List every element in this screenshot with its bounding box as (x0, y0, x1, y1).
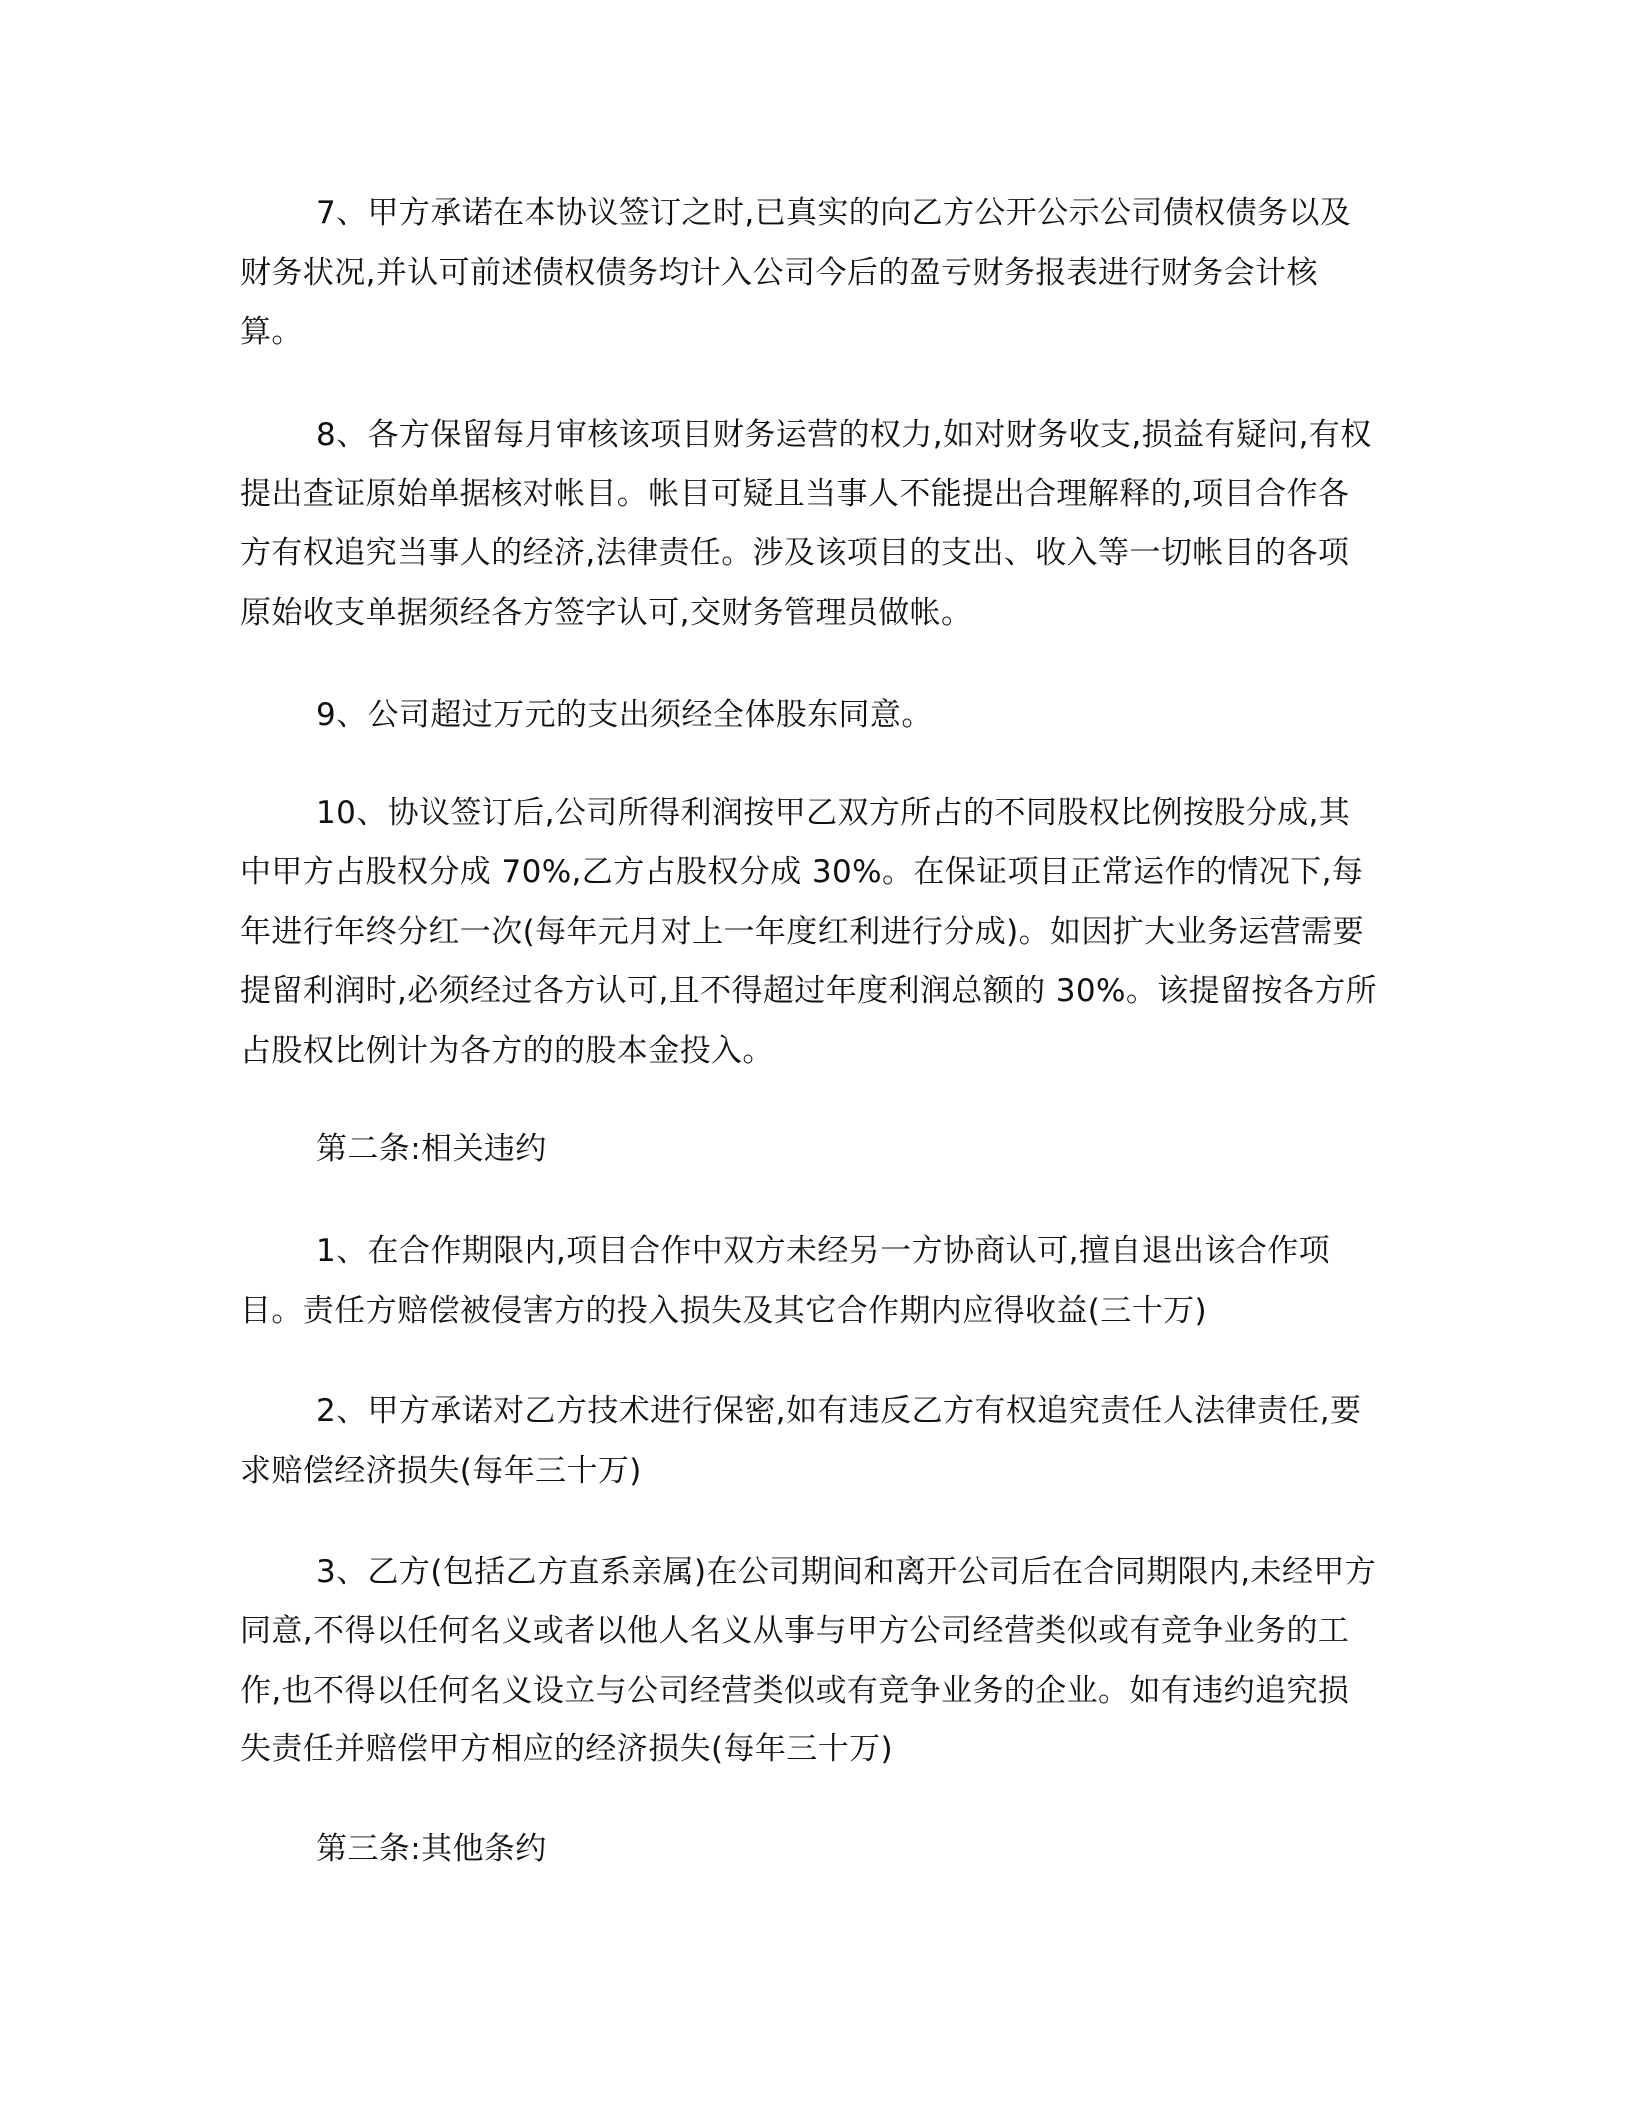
text-line: 3、乙方(包括乙方直系亲属)在公司期间和离开公司后在合同期限内,未经甲方 (316, 1552, 1376, 1592)
text-line: 8、各方保留每月审核该项目财务运营的权力,如对财务收支,损益有疑问,有权 (316, 415, 1372, 455)
document-page: 7、甲方承诺在本协议签订之时,已真实的向乙方公开公示公司债权债务以及 财务状况,… (0, 0, 1632, 2112)
text-line: 方有权追究当事人的经济,法律责任。涉及该项目的支出、收入等一切帐目的各项 (240, 533, 1349, 573)
text-line: 年进行年终分红一次(每年元月对上一年度红利进行分成)。如因扩大业务运营需要 (240, 912, 1364, 952)
text-line: 2、甲方承诺对乙方技术进行保密,如有违反乙方有权追究责任人法律责任,要 (316, 1391, 1361, 1431)
text-line: 失责任并赔偿甲方相应的经济损失(每年三十万) (240, 1729, 893, 1769)
text-line: 作,也不得以任何名义设立与公司经营类似或有竞争业务的企业。如有违约追究损 (240, 1671, 1349, 1711)
text-line: 中甲方占股权分成 70%,乙方占股权分成 30%。在保证项目正常运作的情况下,每 (240, 852, 1363, 892)
text-line: 财务状况,并认可前述债权债务均计入公司今后的盈亏财务报表进行财务会计核 (240, 253, 1318, 293)
text-line: 提留利润时,必须经过各方认可,且不得超过年度利润总额的 30%。该提留按各方所 (240, 971, 1377, 1011)
text-line: 占股权比例计为各方的的股本金投入。 (240, 1031, 774, 1071)
heading-text: 第二条:相关违约 (316, 1129, 547, 1169)
text-line: 求赔偿经济损失(每年三十万) (240, 1451, 642, 1491)
text-line: 同意,不得以任何名义或者以他人名义从事与甲方公司经营类似或有竞争业务的工 (240, 1611, 1349, 1651)
text-line: 1、在合作期限内,项目合作中双方未经另一方协商认可,擅自退出该合作项 (316, 1231, 1330, 1271)
text-line: 9、公司超过万元的支出须经全体股东同意。 (316, 695, 933, 735)
heading-text: 第三条:其他条约 (316, 1829, 547, 1869)
text-line: 提出查证原始单据核对帐目。帐目可疑且当事人不能提出合理解释的,项目合作各 (240, 474, 1349, 514)
text-line: 算。 (240, 312, 303, 352)
text-line: 7、甲方承诺在本协议签订之时,已真实的向乙方公开公示公司债权债务以及 (316, 193, 1351, 233)
text-line: 10、协议签订后,公司所得利润按甲乙双方所占的不同股权比例按股分成,其 (316, 793, 1350, 833)
text-line: 原始收支单据须经各方签字认可,交财务管理员做帐。 (240, 593, 972, 633)
text-line: 目。责任方赔偿被侵害方的投入损失及其它合作期内应得收益(三十万) (240, 1291, 1207, 1331)
